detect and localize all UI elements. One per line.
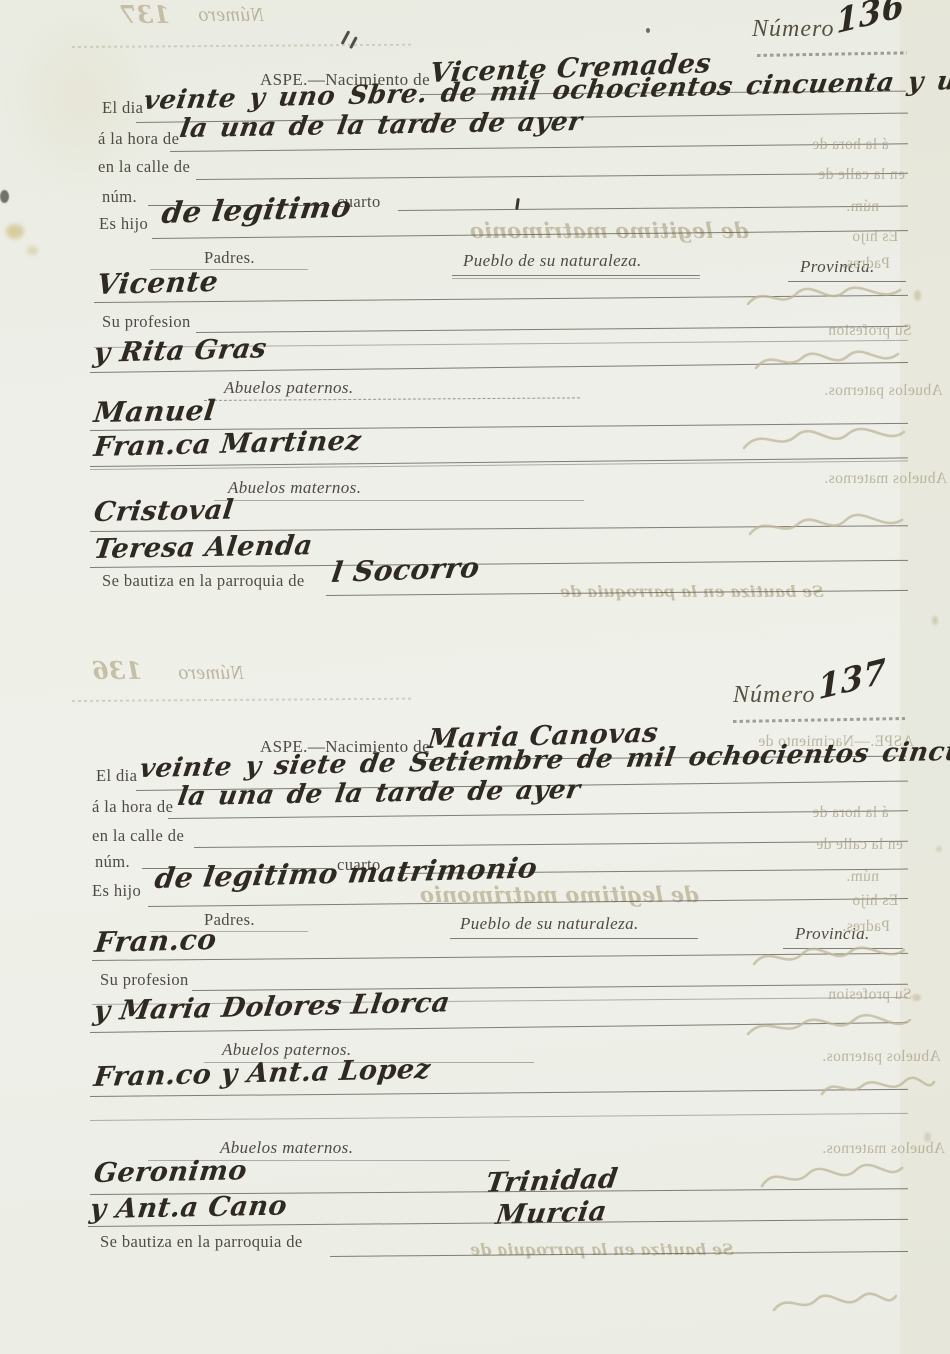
pueblo-label: Pueblo de su naturaleza. <box>463 251 642 271</box>
rule-line <box>170 143 908 152</box>
ink-dot <box>646 28 650 33</box>
stray-mark <box>349 36 357 49</box>
ghost-hora-label: á la hora de <box>812 804 889 822</box>
ghost-hijo-label: Es hijo <box>852 892 898 910</box>
pueblo-value-1: Trinidad <box>484 1163 620 1199</box>
el-dia-label: El dia <box>102 98 143 118</box>
abuelos-maternos-label: Abuelos maternos. <box>228 478 361 498</box>
record-number-value: 136 <box>835 0 905 41</box>
ghost-handwriting-squiggle <box>744 1008 914 1044</box>
abuelo-paterno-name: Fran.co y Ant.a Lopez <box>92 1054 432 1093</box>
num-label: núm. <box>102 187 137 207</box>
abuelo-paterno-name: Manuel <box>92 394 217 429</box>
ghost-handwriting-squiggle <box>748 936 908 974</box>
calle-label: en la calle de <box>98 157 190 177</box>
rule-line <box>90 1113 908 1121</box>
ghost-dotted-line <box>72 44 412 49</box>
pueblo-value-2: Murcia <box>494 1196 609 1231</box>
ghost-numero-label: Número <box>178 662 244 685</box>
rule-line <box>194 841 908 849</box>
pueblo-label: Pueblo de su naturaleza. <box>460 914 639 934</box>
ghost-numero-value: 137 <box>120 0 170 29</box>
abuelos-paternos-label: Abuelos paternos. <box>224 378 354 398</box>
ghost-padres-label: Padres. <box>842 918 890 936</box>
rule-line <box>196 173 908 181</box>
hora-value: la una de la tarde de ayer <box>176 775 583 812</box>
paper-stain <box>932 616 938 625</box>
ghost-handwriting-squiggle <box>746 508 906 542</box>
ghost-profesion-label: Su profesion <box>828 322 912 340</box>
ghost-calle-label: en la calle de <box>816 836 903 854</box>
rule-line <box>450 938 698 939</box>
ghost-num-label: núm. <box>846 198 879 216</box>
paper-stain <box>6 224 24 239</box>
madre-name: y Maria Dolores Llorca <box>92 987 453 1027</box>
abuelo-materno-name: Geronimo <box>92 1155 249 1189</box>
ghost-num-label: núm. <box>846 868 879 886</box>
abuela-materna-name: Teresa Alenda <box>92 530 314 565</box>
hora-label: á la hora de <box>98 129 179 149</box>
ghost-bautiza: Se bautiza en la parroquia de <box>470 1240 734 1259</box>
wavy-line <box>757 51 907 56</box>
profesion-label: Su profesion <box>102 312 191 332</box>
el-dia-label: El dia <box>96 766 137 786</box>
ghost-numero-value: 136 <box>92 656 142 685</box>
ghost-abuelos-maternos-label: Abuelos maternos. <box>824 470 947 488</box>
ghost-calle-label: en la calle de <box>818 166 905 184</box>
paper-stain <box>936 846 942 852</box>
rule-line <box>452 275 700 276</box>
ghost-hora-label: á la hora de <box>812 136 889 154</box>
bautiza-value: l Socorro <box>330 551 482 589</box>
ghost-padres-label: Padres. <box>842 255 890 273</box>
ghost-handwriting-squiggle <box>770 1286 900 1320</box>
abuela-materna-name: y Ant.a Cano <box>88 1191 289 1226</box>
calle-label: en la calle de <box>92 826 184 846</box>
padre-name: Vicente <box>95 265 220 301</box>
abuelo-materno-name: Cristoval <box>92 495 235 529</box>
ghost-handwriting-squiggle <box>818 1072 938 1102</box>
paper-stain <box>914 290 921 301</box>
stray-mark <box>341 30 350 44</box>
hora-value: la una de la tarde de ayer <box>178 107 585 144</box>
rule-line <box>196 326 908 334</box>
rule-line <box>452 278 700 279</box>
ghost-dotted-line <box>72 698 412 703</box>
rule-line <box>90 1089 908 1097</box>
ghost-abuelos-paternos-label: Abuelos paternos. <box>822 1048 941 1066</box>
rule-line <box>214 500 584 501</box>
ink-spot <box>0 190 9 203</box>
ghost-numero-label: Número <box>198 4 264 27</box>
wavy-line <box>733 717 905 723</box>
record-number-label: Número <box>752 16 834 43</box>
paper-stain <box>27 246 38 255</box>
ghost-profesion-label: Su profesion <box>828 986 912 1004</box>
register-page: Número 137 Número 136 ASPE.—Nacimiento d… <box>0 0 950 1354</box>
abuela-paterna-name: Fran.ca Martinez <box>92 425 363 463</box>
madre-name: y Rita Gras <box>92 333 269 369</box>
hijo-label: Es hijo <box>92 881 141 901</box>
ghost-hijo-label: Es hijo <box>852 228 898 246</box>
ghost-handwriting-squiggle <box>752 344 902 376</box>
record-number-value: 137 <box>817 651 887 708</box>
padre-name: Fran.co <box>93 923 218 959</box>
ghost-handwriting-squiggle <box>756 1156 906 1196</box>
rule-line <box>398 206 908 212</box>
bautiza-label: Se bautiza en la parroquia de <box>100 1232 303 1252</box>
paper-stain <box>912 994 921 1001</box>
ghost-handwriting-squiggle <box>742 278 906 314</box>
ghost-legitimo: de legitimo matrimonio <box>470 218 749 243</box>
profesion-label: Su profesion <box>100 970 189 990</box>
rule-line <box>168 810 908 819</box>
num-label: núm. <box>95 852 130 872</box>
hijo-label: Es hijo <box>99 214 148 234</box>
ghost-abuelos-paternos-label: Abuelos paternos. <box>824 382 943 400</box>
hora-label: á la hora de <box>92 797 173 817</box>
hijo-value: de legitimo <box>160 189 354 230</box>
record-number-label: Número <box>733 682 815 709</box>
ghost-handwriting-squiggle <box>738 420 910 456</box>
bautiza-label: Se bautiza en la parroquia de <box>102 571 305 591</box>
